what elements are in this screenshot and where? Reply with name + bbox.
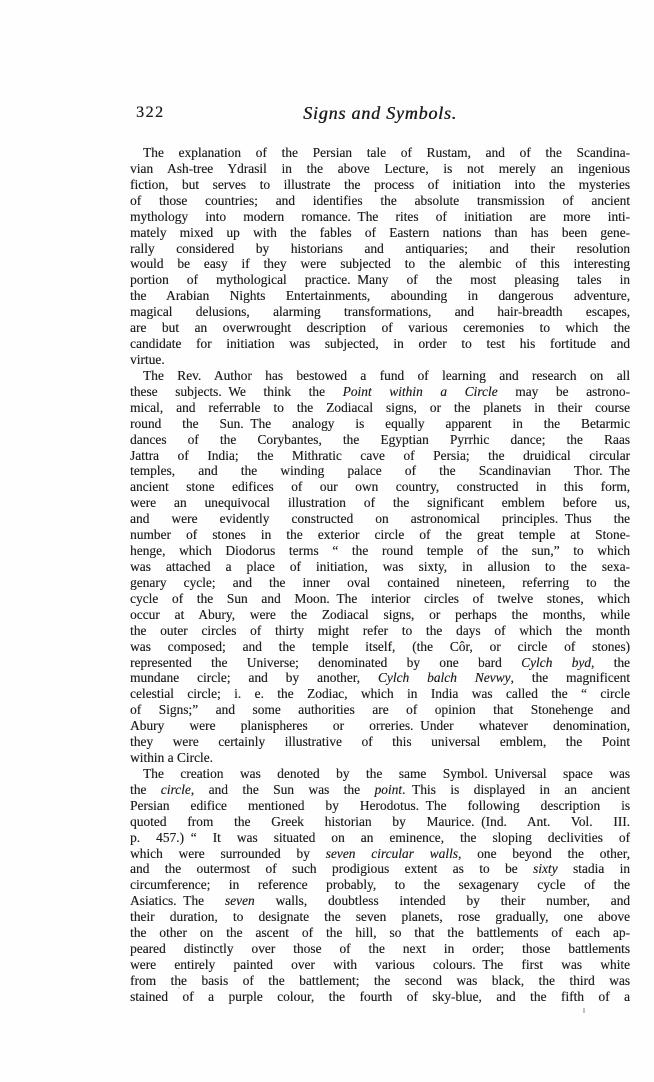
text-run: may be astrono- <box>498 384 630 399</box>
italic-run: point <box>374 782 402 797</box>
text-line: were entirely painted over with various … <box>130 957 630 973</box>
text-run: mical, and referrable to the Zodiacal si… <box>130 400 630 415</box>
text-column: 322 Signs and Symbols. The explanation o… <box>130 103 630 1005</box>
text-run: rally considered by historians and antiq… <box>130 241 630 256</box>
text-line: mical, and referrable to the Zodiacal si… <box>130 400 630 416</box>
text-run: mythology into modern romance. The rites… <box>130 209 630 224</box>
text-line: of Signs;” and some authorities are of o… <box>130 702 630 718</box>
text-run: the <box>130 782 161 797</box>
text-line: was composed; and the temple itself, (th… <box>130 639 630 655</box>
text-run: peared distinctly over those of the next… <box>130 941 630 956</box>
text-run: within a Circle. <box>130 750 213 765</box>
text-line: dances of the Corybantes, the Egyptian P… <box>130 432 630 448</box>
text-run: round the Sun. The analogy is equally ap… <box>130 416 630 431</box>
text-line: portion of mythological practice. Many o… <box>130 272 630 288</box>
text-run: the outer circles of thirty might refer … <box>130 623 630 638</box>
text-line: Jattra of India; the Mithratic cave of P… <box>130 448 630 464</box>
text-run: The creation was denoted by the same Sym… <box>143 766 630 781</box>
italic-run: sixty <box>533 861 558 876</box>
text-line: were an unequivocal illustration of the … <box>130 495 630 511</box>
paragraph: The creation was denoted by the same Sym… <box>130 766 630 1005</box>
text-line: which were surrounded by seven circular … <box>130 846 630 862</box>
text-run: temples, and the winding palace of the S… <box>130 463 630 478</box>
text-line: and the outermost of such prodigious ext… <box>130 861 630 877</box>
italic-run: circle <box>161 782 191 797</box>
scan-speck <box>178 987 180 989</box>
text-line: ancient stone edifices of our own countr… <box>130 479 630 495</box>
text-run: henge, which Diodorus terms “ the round … <box>130 543 630 558</box>
scan-speck <box>583 1008 585 1013</box>
text-line: these subjects. We think the Point withi… <box>130 384 630 400</box>
text-line: was attached a place of initiation, was … <box>130 559 630 575</box>
text-line: the Arabian Nights Entertainments, aboun… <box>130 288 630 304</box>
paragraph: The explanation of the Persian tale of R… <box>130 145 630 368</box>
text-line: magical delusions, alarming transformati… <box>130 304 630 320</box>
text-run: ancient stone edifices of our own countr… <box>130 479 630 494</box>
text-line: they were certainly illustrative of this… <box>130 734 630 750</box>
text-run: genary cycle; and the inner oval contain… <box>130 575 630 590</box>
text-run: Persian edifice mentioned by Herodotus. … <box>130 798 630 813</box>
text-run: they were certainly illustrative of this… <box>130 734 630 749</box>
text-run: from the basis of the battlement; the se… <box>130 973 630 988</box>
text-run: celestial circle; i. e. the Zodiac, whic… <box>130 686 630 701</box>
text-line: mythology into modern romance. The rites… <box>130 209 630 225</box>
text-run: number of stones in the exterior circle … <box>130 527 630 542</box>
text-run: stained of a purple colour, the fourth o… <box>130 989 630 1004</box>
text-line: mately mixed up with the fables of Easte… <box>130 225 630 241</box>
italic-run: Point within a Circle <box>343 384 498 399</box>
text-run: was attached a place of initiation, was … <box>130 559 630 574</box>
book-page: 322 Signs and Symbols. The explanation o… <box>0 0 654 1082</box>
italic-run: Cylch byd <box>521 655 591 670</box>
text-line: round the Sun. The analogy is equally ap… <box>130 416 630 432</box>
text-run: the Arabian Nights Entertainments, aboun… <box>130 288 630 303</box>
text-line: within a Circle. <box>130 750 630 766</box>
text-line: rally considered by historians and antiq… <box>130 241 630 257</box>
italic-run: Cylch balch Nevwy <box>378 670 511 685</box>
text-run: magical delusions, alarming transformati… <box>130 304 630 319</box>
text-run: , the <box>591 655 630 670</box>
text-line: vian Ash-tree Ydrasil in the above Lectu… <box>130 161 630 177</box>
text-line: number of stones in the exterior circle … <box>130 527 630 543</box>
italic-run: seven circular walls <box>326 846 458 861</box>
text-line: occur at Abury, were the Zodiacal signs,… <box>130 607 630 623</box>
text-run: of those countries; and identifies the a… <box>130 193 630 208</box>
text-line: p. 457.) “ It was situated on an eminenc… <box>130 830 630 846</box>
text-line: their duration, to designate the seven p… <box>130 909 630 925</box>
text-line: quoted from the Greek historian by Mauri… <box>130 814 630 830</box>
text-run: which were surrounded by <box>130 846 326 861</box>
text-line: The explanation of the Persian tale of R… <box>130 145 630 161</box>
text-line: cycle of the Sun and Moon. The interior … <box>130 591 630 607</box>
text-line: Persian edifice mentioned by Herodotus. … <box>130 798 630 814</box>
text-run: quoted from the Greek historian by Mauri… <box>130 814 630 829</box>
running-title: Signs and Symbols. <box>130 103 630 124</box>
text-run: mundane circle; and by another, <box>130 670 378 685</box>
text-run: and the outermost of such prodigious ext… <box>130 861 533 876</box>
text-run: and were evidently constructed on astron… <box>130 511 630 526</box>
text-line: mundane circle; and by another, Cylch ba… <box>130 670 630 686</box>
text-line: are but an overwrought description of va… <box>130 320 630 336</box>
text-line: virtue. <box>130 352 630 368</box>
text-run: Abury were planispheres or orreries. Und… <box>130 718 630 733</box>
text-line: fiction, but serves to illustrate the pr… <box>130 177 630 193</box>
text-line: of those countries; and identifies the a… <box>130 193 630 209</box>
text-run: walls, doubtless intended by their numbe… <box>255 893 630 908</box>
text-run: cycle of the Sun and Moon. The interior … <box>130 591 630 606</box>
text-run: of Signs;” and some authorities are of o… <box>130 702 630 717</box>
text-line: candidate for initiation was subjected, … <box>130 336 630 352</box>
text-line: from the basis of the battlement; the se… <box>130 973 630 989</box>
text-run: occur at Abury, were the Zodiacal signs,… <box>130 607 630 622</box>
text-line: The creation was denoted by the same Sym… <box>130 766 630 782</box>
text-run: vian Ash-tree Ydrasil in the above Lectu… <box>130 161 630 176</box>
text-run: stadia in <box>558 861 630 876</box>
text-run: would be easy if they were subjected to … <box>130 256 630 271</box>
text-run: these subjects. We think the <box>130 384 343 399</box>
text-line: The Rev. Author has bestowed a fund of l… <box>130 368 630 384</box>
text-run: represented the Universe; denominated by… <box>130 655 521 670</box>
paragraph: The Rev. Author has bestowed a fund of l… <box>130 368 630 766</box>
text-line: stained of a purple colour, the fourth o… <box>130 989 630 1005</box>
text-line: genary cycle; and the inner oval contain… <box>130 575 630 591</box>
text-run: candidate for initiation was subjected, … <box>130 336 630 351</box>
text-line: Abury were planispheres or orreries. Und… <box>130 718 630 734</box>
text-line: the other on the ascent of the hill, so … <box>130 925 630 941</box>
page-header: 322 Signs and Symbols. <box>130 103 630 125</box>
text-run: Jattra of India; the Mithratic cave of P… <box>130 448 630 463</box>
text-run: , and the Sun was the <box>191 782 375 797</box>
text-line: temples, and the winding palace of the S… <box>130 463 630 479</box>
text-line: the outer circles of thirty might refer … <box>130 623 630 639</box>
text-run: portion of mythological practice. Many o… <box>130 272 630 287</box>
text-run: virtue. <box>130 352 165 367</box>
text-run: , one beyond the other, <box>458 846 630 861</box>
text-line: represented the Universe; denominated by… <box>130 655 630 671</box>
text-run: The Rev. Author has bestowed a fund of l… <box>143 368 630 383</box>
text-line: henge, which Diodorus terms “ the round … <box>130 543 630 559</box>
text-run: their duration, to designate the seven p… <box>130 909 630 924</box>
text-run: Asiatics. The <box>130 893 225 908</box>
text-line: the circle, and the Sun was the point. T… <box>130 782 630 798</box>
italic-run: seven <box>225 893 255 908</box>
text-run: were entirely painted over with various … <box>130 957 630 972</box>
text-run: the other on the ascent of the hill, so … <box>130 925 630 940</box>
text-run: mately mixed up with the fables of Easte… <box>130 225 630 240</box>
body-text: The explanation of the Persian tale of R… <box>130 145 630 1005</box>
text-run: . This is displayed in an ancient <box>402 782 630 797</box>
text-run: fiction, but serves to illustrate the pr… <box>130 177 630 192</box>
text-line: and were evidently constructed on astron… <box>130 511 630 527</box>
text-run: were an unequivocal illustration of the … <box>130 495 630 510</box>
text-line: circumference; in reference probably, to… <box>130 877 630 893</box>
text-run: dances of the Corybantes, the Egyptian P… <box>130 432 630 447</box>
text-line: peared distinctly over those of the next… <box>130 941 630 957</box>
text-run: , the magnificent <box>510 670 630 685</box>
text-run: are but an overwrought description of va… <box>130 320 630 335</box>
text-run: p. 457.) “ It was situated on an eminenc… <box>130 830 630 845</box>
text-run: circumference; in reference probably, to… <box>130 877 630 892</box>
text-run: was composed; and the temple itself, (th… <box>130 639 630 654</box>
text-line: Asiatics. The seven walls, doubtless int… <box>130 893 630 909</box>
text-run: The explanation of the Persian tale of R… <box>143 145 630 160</box>
text-line: would be easy if they were subjected to … <box>130 256 630 272</box>
text-line: celestial circle; i. e. the Zodiac, whic… <box>130 686 630 702</box>
